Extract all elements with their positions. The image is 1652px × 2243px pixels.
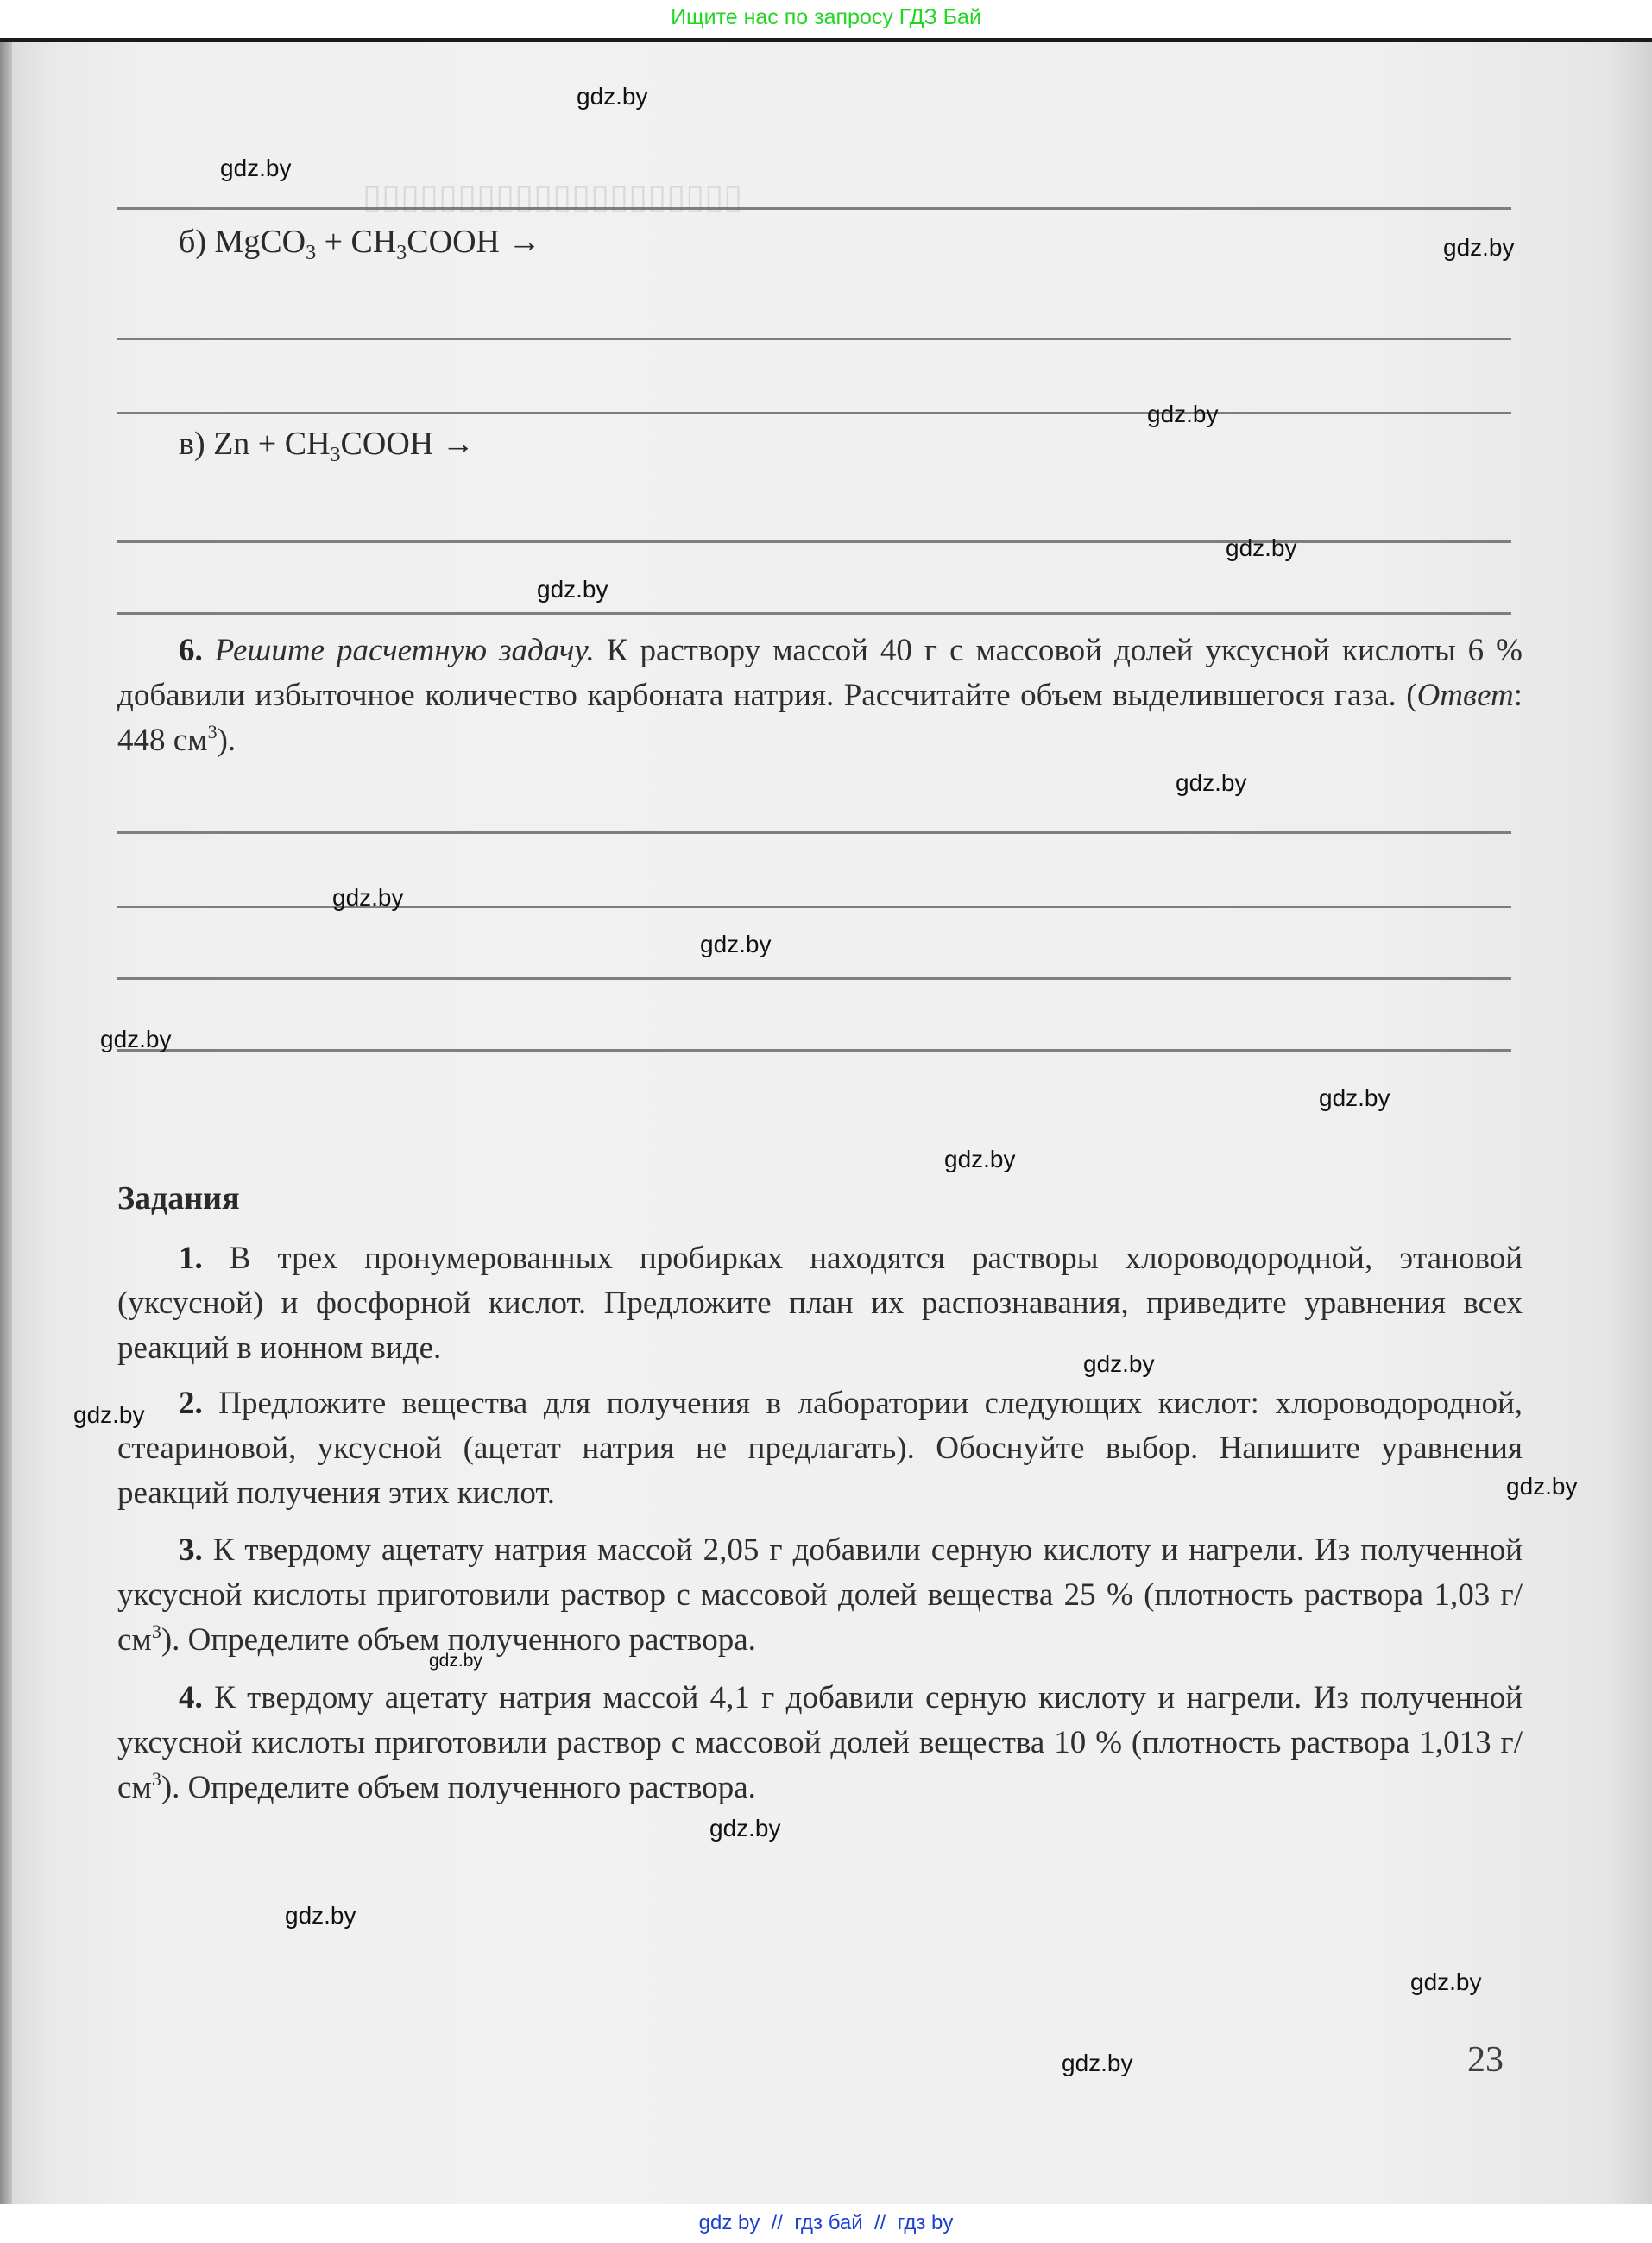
equation-b: б) MgCO3 + CH3COOH → <box>179 223 540 265</box>
equation-v: в) Zn + CH3COOH → <box>179 425 475 467</box>
task-2: 2. Предложите вещества для получения в л… <box>117 1381 1523 1516</box>
watermark: gdz.by <box>429 1651 482 1671</box>
answer-line <box>117 906 1511 908</box>
scanned-page: ▯▯▯▯▯▯▯▯▯▯▯▯▯▯▯▯▯▯▯▯ <box>0 38 1652 2204</box>
answer-line <box>117 338 1511 340</box>
watermark: gdz.by <box>700 931 772 958</box>
watermark: gdz.by <box>285 1902 356 1930</box>
answer-line <box>117 977 1511 980</box>
footer-banner: gdz by // гдз бай // гдз by <box>0 2204 1652 2243</box>
exercise-6-instruction: Решите расчетную задачу. <box>215 633 595 668</box>
exercise-6: 6. Решите расчетную задачу. К раствору м… <box>117 629 1523 763</box>
watermark: gdz.by <box>1506 1473 1578 1501</box>
tasks-heading: Задания <box>117 1179 240 1217</box>
watermark: gdz.by <box>944 1146 1016 1173</box>
answer-line <box>117 831 1511 834</box>
task-3: 3. К твердому ацетату натрия массой 2,05… <box>117 1528 1523 1663</box>
answer-line <box>117 540 1511 543</box>
answer-line <box>117 207 1511 210</box>
bleed-through-text: ▯▯▯▯▯▯▯▯▯▯▯▯▯▯▯▯▯▯▯▯ <box>363 176 742 217</box>
watermark: gdz.by <box>1083 1350 1155 1378</box>
watermark: gdz.by <box>1319 1084 1390 1112</box>
answer-line <box>117 612 1511 615</box>
watermark: gdz.by <box>1410 1968 1482 1996</box>
watermark: gdz.by <box>220 155 292 182</box>
watermark: gdz.by <box>709 1815 781 1842</box>
watermark: gdz.by <box>73 1401 145 1429</box>
task-1: 1. В трех пронумерованных пробирках нахо… <box>117 1236 1523 1371</box>
banner-text: Ищите нас по запросу ГДЗ Бай <box>0 5 1652 30</box>
watermark: gdz.by <box>100 1026 172 1053</box>
watermark: gdz.by <box>1062 2050 1133 2077</box>
watermark: gdz.by <box>332 884 404 912</box>
watermark: gdz.by <box>577 83 648 111</box>
watermark: gdz.by <box>1443 234 1515 262</box>
watermark: gdz.by <box>1176 769 1247 797</box>
answer-line <box>117 412 1511 414</box>
watermark: gdz.by <box>1226 534 1297 562</box>
watermark: gdz.by <box>1147 401 1219 428</box>
answer-line <box>117 1049 1511 1052</box>
top-banner: Ищите нас по запросу ГДЗ Бай <box>0 0 1652 38</box>
watermark: gdz.by <box>537 576 608 603</box>
footer-text: gdz by // гдз бай // гдз by <box>0 2211 1652 2235</box>
task-4: 4. К твердому ацетату натрия массой 4,1 … <box>117 1676 1523 1810</box>
page-number: 23 <box>1467 2039 1504 2081</box>
